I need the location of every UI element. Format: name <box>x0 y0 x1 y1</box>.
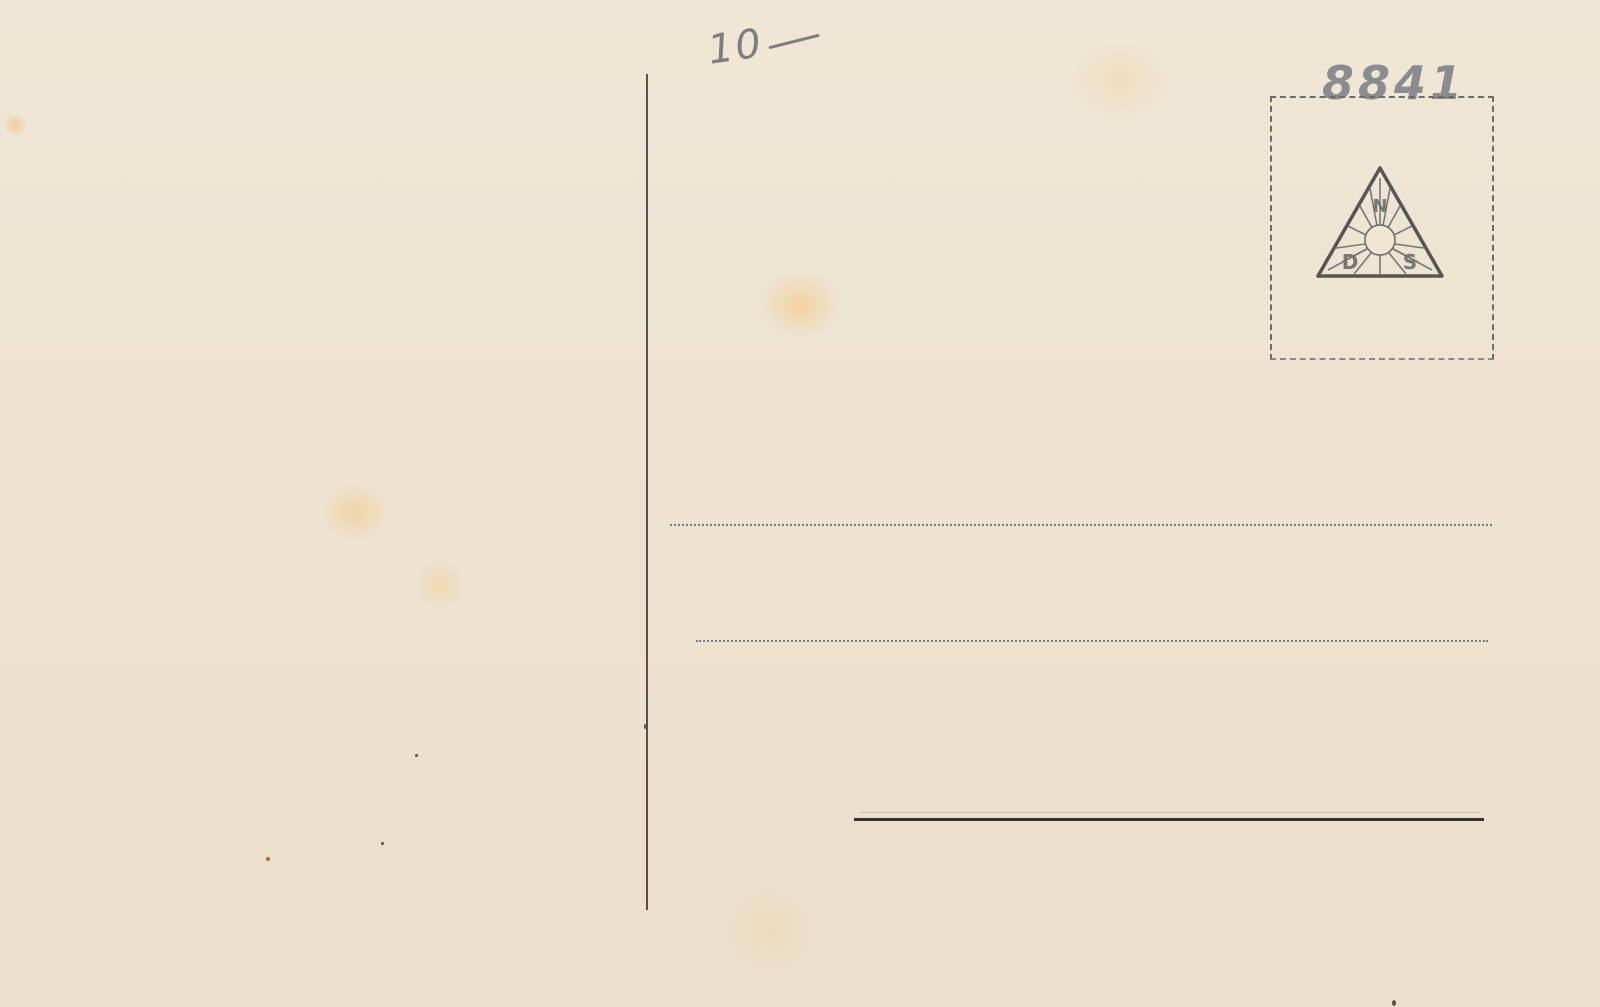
handwritten-price-dash <box>768 34 819 49</box>
paper-speck <box>415 754 418 757</box>
handwritten-price: 10 <box>705 20 766 73</box>
center-divider-line <box>646 74 648 910</box>
paper-speck <box>266 857 270 861</box>
svg-text:D: D <box>1342 250 1359 274</box>
address-line-2 <box>696 640 1488 642</box>
triangle-sunburst-logo-icon: N D S <box>1314 164 1446 282</box>
svg-text:S: S <box>1403 250 1417 274</box>
paper-speck <box>381 842 384 845</box>
paper-speck <box>1392 1000 1396 1006</box>
postcard-back: 10 8841 N D S <box>0 0 1600 1007</box>
svg-text:N: N <box>1372 196 1387 217</box>
paper-speck <box>644 724 647 729</box>
address-line-3-guide <box>860 812 1480 813</box>
address-line-1 <box>670 524 1492 526</box>
address-line-3 <box>854 818 1484 821</box>
